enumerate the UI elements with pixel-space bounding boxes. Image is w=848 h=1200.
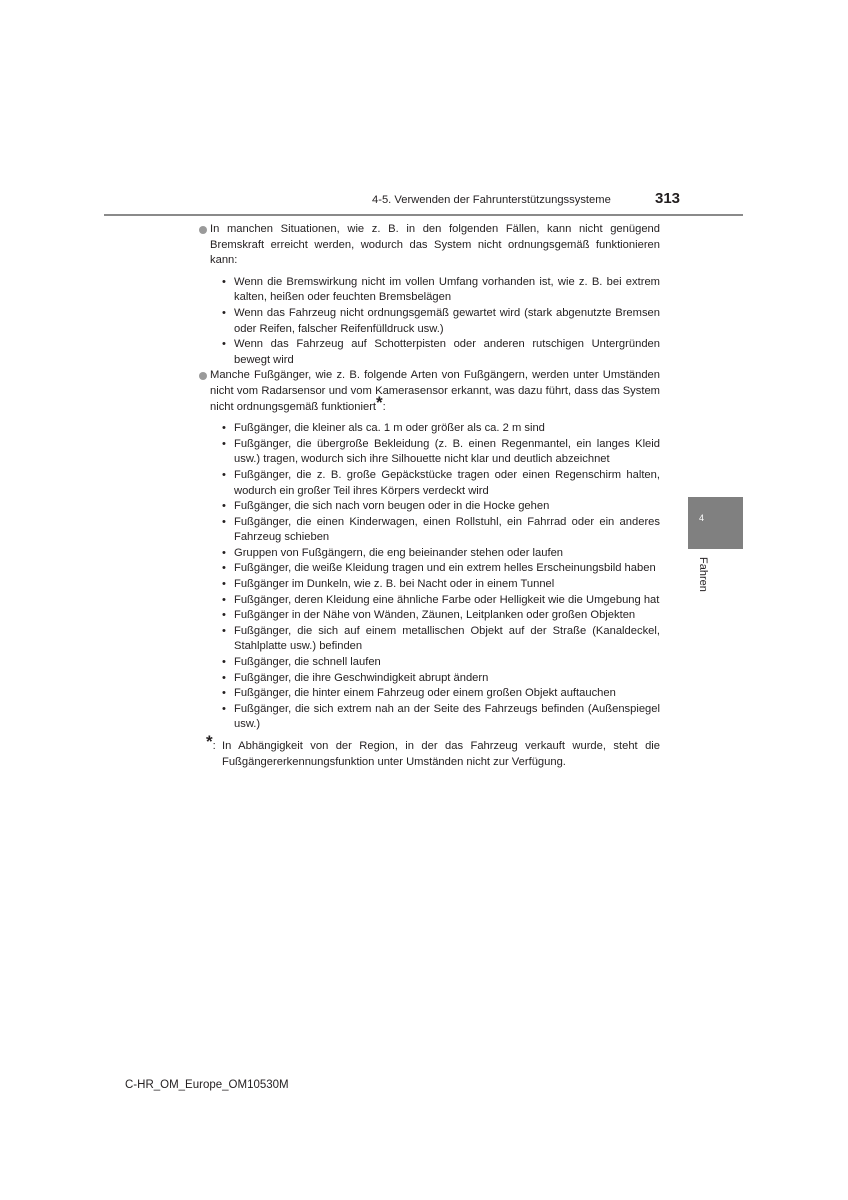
footnote-text: In Abhängigkeit von der Region, in der d…	[222, 740, 660, 768]
header-rule	[104, 214, 743, 216]
bullet-icon: •	[222, 275, 226, 291]
bullet-icon: •	[222, 421, 226, 437]
list-item-text: Wenn das Fahrzeug nicht ordnungsgemäß ge…	[234, 307, 660, 335]
list-item-text: Wenn die Bremswirkung nicht im vollen Um…	[234, 276, 660, 304]
list-item-text: Fußgänger, die z. B. große Gepäckstücke …	[234, 469, 660, 497]
list-item: •Fußgänger im Dunkeln, wie z. B. bei Nac…	[210, 577, 660, 593]
list-item: •Fußgänger, die sich nach vorn beugen od…	[210, 499, 660, 515]
bullet-icon: •	[222, 577, 226, 593]
list-item-text: Fußgänger, die sich nach vorn beugen ode…	[234, 500, 549, 512]
list-item-text: Fußgänger, die sich extrem nah an der Se…	[234, 703, 660, 731]
list-item: •Fußgänger, die sich auf einem metallisc…	[210, 624, 660, 655]
paragraph-text: Manche Fußgänger, wie z. B. folgende Art…	[210, 369, 660, 412]
bullet-icon: •	[222, 686, 226, 702]
footnote: *: In Abhängigkeit von der Region, in de…	[198, 739, 660, 770]
bullet-icon: •	[222, 624, 226, 640]
list-item-text: Fußgänger, die kleiner als ca. 1 m oder …	[234, 422, 545, 434]
list-item-text: Wenn das Fahrzeug auf Schotterpisten ode…	[234, 338, 660, 366]
paragraph-braking: In manchen Situationen, wie z. B. in den…	[198, 222, 660, 368]
paragraph-text: In manchen Situationen, wie z. B. in den…	[210, 223, 660, 266]
page-number: 313	[655, 190, 680, 207]
list-item-text: Fußgänger im Dunkeln, wie z. B. bei Nach…	[234, 578, 554, 590]
footnote-marker: *	[206, 732, 213, 751]
bullet-icon: •	[222, 671, 226, 687]
list-item-text: Fußgänger in der Nähe von Wänden, Zäunen…	[234, 609, 635, 621]
paragraph-bullet-icon	[199, 226, 207, 234]
paragraph-bullet-icon	[199, 372, 207, 380]
bullet-icon: •	[222, 593, 226, 609]
bullet-icon: •	[222, 468, 226, 484]
chapter-tab-number: 4	[699, 513, 704, 523]
list-item: •Fußgänger, die weiße Kleidung tragen un…	[210, 561, 660, 577]
chapter-tab	[688, 497, 743, 549]
list-item-text: Fußgänger, die schnell laufen	[234, 656, 381, 668]
list-item: •Fußgänger, die sich extrem nah an der S…	[210, 702, 660, 733]
list-item-text: Fußgänger, die übergroße Bekleidung (z. …	[234, 438, 660, 466]
bullet-icon: •	[222, 306, 226, 322]
paragraph-suffix: :	[383, 401, 386, 413]
list-item: •Fußgänger, die einen Kinderwagen, einen…	[210, 515, 660, 546]
bullet-icon: •	[222, 702, 226, 718]
bullet-icon: •	[222, 608, 226, 624]
list-item: •Fußgänger, deren Kleidung eine ähnliche…	[210, 593, 660, 609]
paragraph-pedestrians: Manche Fußgänger, wie z. B. folgende Art…	[198, 368, 660, 733]
list-item-text: Fußgänger, die sich auf einem metallisch…	[234, 625, 660, 653]
list-item-text: Gruppen von Fußgängern, die eng beieinan…	[234, 547, 563, 559]
list-item-text: Fußgänger, die ihre Geschwindigkeit abru…	[234, 672, 488, 684]
list-item: •Fußgänger, die übergroße Bekleidung (z.…	[210, 437, 660, 468]
list-item: •Wenn das Fahrzeug auf Schotterpisten od…	[210, 337, 660, 368]
footnote-marker: *	[376, 393, 383, 412]
bullet-icon: •	[222, 655, 226, 671]
list-item-text: Fußgänger, deren Kleidung eine ähnliche …	[234, 594, 659, 606]
footnote-separator: :	[213, 740, 216, 752]
bullet-list: •Wenn die Bremswirkung nicht im vollen U…	[210, 275, 660, 369]
bullet-icon: •	[222, 561, 226, 577]
bullet-icon: •	[222, 437, 226, 453]
chapter-tab-label: Fahren	[697, 557, 709, 592]
running-header-title: 4-5. Verwenden der Fahrunterstützungssys…	[372, 194, 611, 206]
list-item-text: Fußgänger, die einen Kinderwagen, einen …	[234, 516, 660, 544]
bullet-list: •Fußgänger, die kleiner als ca. 1 m oder…	[210, 421, 660, 733]
list-item: •Fußgänger in der Nähe von Wänden, Zäune…	[210, 608, 660, 624]
list-item: •Fußgänger, die hinter einem Fahrzeug od…	[210, 686, 660, 702]
list-item: •Gruppen von Fußgängern, die eng beieina…	[210, 546, 660, 562]
list-item-text: Fußgänger, die weiße Kleidung tragen und…	[234, 562, 656, 574]
list-item: •Fußgänger, die z. B. große Gepäckstücke…	[210, 468, 660, 499]
list-item: •Wenn die Bremswirkung nicht im vollen U…	[210, 275, 660, 306]
list-item: •Wenn das Fahrzeug nicht ordnungsgemäß g…	[210, 306, 660, 337]
bullet-icon: •	[222, 499, 226, 515]
list-item-text: Fußgänger, die hinter einem Fahrzeug ode…	[234, 687, 616, 699]
bullet-icon: •	[222, 515, 226, 531]
list-item: •Fußgänger, die schnell laufen	[210, 655, 660, 671]
list-item: •Fußgänger, die kleiner als ca. 1 m oder…	[210, 421, 660, 437]
bullet-icon: •	[222, 337, 226, 353]
document-code: C-HR_OM_Europe_OM10530M	[125, 1079, 289, 1091]
bullet-icon: •	[222, 546, 226, 562]
main-content: In manchen Situationen, wie z. B. in den…	[198, 222, 660, 770]
list-item: •Fußgänger, die ihre Geschwindigkeit abr…	[210, 671, 660, 687]
footnote-mark: *:	[206, 739, 216, 755]
